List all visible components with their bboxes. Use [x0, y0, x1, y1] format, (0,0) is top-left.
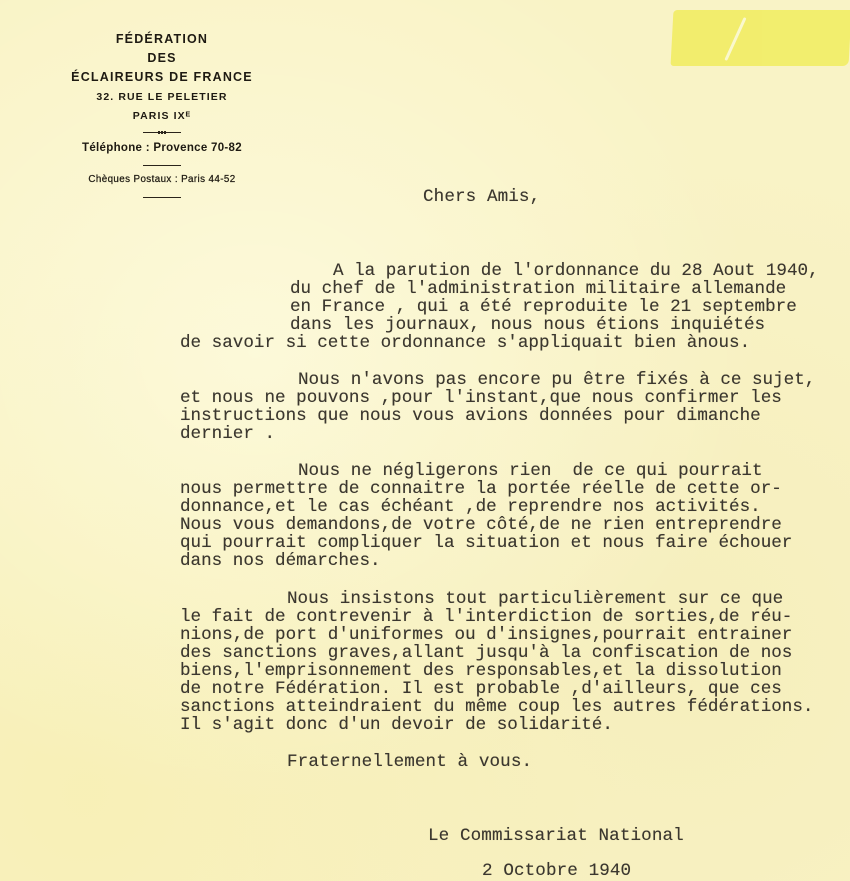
salutation: Chers Amis,: [423, 189, 540, 207]
letterhead-city: PARIS IXᴱ: [52, 107, 272, 125]
letterhead-org-line1: FÉDÉRATION: [52, 30, 272, 49]
paragraph-line: Nous insistons tout particulièrement sur…: [287, 590, 783, 608]
paragraph-line: donnance,et le cas échéant ,de reprendre…: [180, 498, 761, 516]
paragraph-line: dernier .: [180, 425, 275, 443]
paragraph-line: Il s'agit donc d'un devoir de solidarité…: [180, 716, 613, 734]
letterhead-separator-ornament: [143, 132, 181, 133]
paragraph-line: du chef de l'administration militaire al…: [290, 280, 786, 298]
adhesive-tape: [671, 10, 850, 66]
letter-date: 2 Octobre 1940: [482, 863, 631, 881]
paragraph-line: des sanctions graves,allant jusqu'à la c…: [180, 644, 792, 662]
letterhead-address: 32. RUE LE PELETIER: [52, 87, 272, 107]
paragraph-line: sanctions atteindraient du même coup les…: [180, 698, 813, 716]
paragraph-line: Nous vous demandons,de votre côté,de ne …: [180, 516, 782, 534]
paragraph-line: dans nos démarches.: [180, 552, 381, 570]
letterhead-org-line2: DES: [52, 49, 272, 68]
letterhead-cheques: Chèques Postaux : Paris 44-52: [52, 172, 272, 188]
letterhead-telephone: Téléphone : Provence 70-82: [52, 139, 272, 157]
paragraph-line: de notre Fédération. Il est probable ,d'…: [180, 680, 782, 698]
paragraph-line: nions,de port d'uniformes ou d'insignes,…: [180, 626, 792, 644]
paragraph-line: en France , qui a été reproduite le 21 s…: [290, 298, 797, 316]
tape-glint: [724, 17, 746, 61]
letterhead-separator-bottom: [143, 197, 181, 198]
paragraph-line: Nous ne négligerons rien de ce qui pourr…: [298, 462, 763, 480]
signature: Le Commissariat National: [428, 828, 684, 846]
paragraph-line: A la parution de l'ordonnance du 28 Aout…: [333, 262, 819, 280]
paragraph-line: biens,l'emprisonnement des responsables,…: [180, 662, 782, 680]
paragraph-line: instructions que nous vous avions donnée…: [180, 407, 761, 425]
paragraph-line: dans les journaux, nous nous étions inqu…: [290, 316, 765, 334]
paragraph-line: nous permettre de connaitre la portée ré…: [180, 480, 782, 498]
paragraph-line: le fait de contrevenir à l'interdiction …: [180, 608, 792, 626]
paragraph-line: de savoir si cette ordonnance s'appliqua…: [180, 334, 750, 352]
paragraph-line: qui pourrait compliquer la situation et …: [180, 534, 792, 552]
letterhead-separator: [143, 165, 181, 166]
closing: Fraternellement à vous.: [287, 754, 532, 772]
paragraph-line: Nous n'avons pas encore pu être fixés à …: [298, 371, 815, 389]
letterhead-org-line3: ÉCLAIREURS DE FRANCE: [52, 68, 272, 87]
paragraph-line: et nous ne pouvons ,pour l'instant,que n…: [180, 389, 782, 407]
letterhead: FÉDÉRATION DES ÉCLAIREURS DE FRANCE 32. …: [52, 30, 272, 204]
